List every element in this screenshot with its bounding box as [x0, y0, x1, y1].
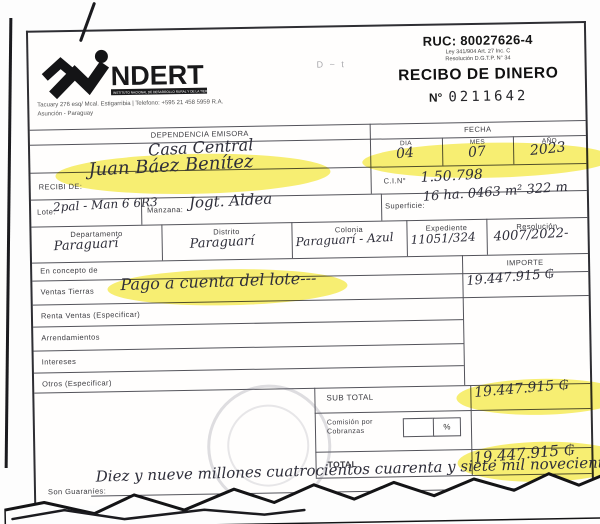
receipt-number-label: N°	[429, 90, 443, 104]
lote-value: 2pal - Man 6 6R3	[53, 195, 158, 214]
receipt-number: N°0211642	[361, 87, 596, 107]
resolucion-value: 4007/2022-	[493, 226, 569, 245]
indert-logo: NDERT INSTITUTO NACIONAL DE DESARROLLO R…	[38, 47, 229, 100]
divider	[34, 343, 464, 352]
ci-value: 1.50.798	[420, 167, 483, 186]
recibi-de-label: RECIBI DE:	[39, 182, 83, 192]
comision-label-2: Cobranzas	[327, 428, 365, 436]
city-line: Asunción - Paraguay	[37, 111, 93, 118]
divider	[34, 365, 464, 374]
subtotal-label: SUB TOTAL	[326, 393, 373, 403]
mes-value: 07	[467, 144, 486, 161]
distrito-value: Paraguarí	[189, 234, 254, 252]
comision-label-1: Comisión por	[327, 419, 373, 427]
pencil-note: D ~ t	[317, 59, 346, 70]
fecha-label: FECHA	[370, 123, 586, 136]
importe-label: IMPORTE	[462, 257, 588, 268]
dia-value: 04	[395, 145, 414, 162]
scanned-receipt-paper: NDERT INSTITUTO NACIONAL DE DESARROLLO R…	[0, 0, 600, 524]
superficie-label: Superficie:	[385, 201, 425, 211]
departamento-value: Paraguarí	[53, 236, 118, 254]
divider	[381, 194, 382, 221]
address-line: Tacuary 276 esq/ Mcal. Estigarribia | Te…	[37, 99, 223, 108]
manzana-value: Jogt. Aldea	[189, 190, 273, 212]
logo-tagline: INSTITUTO NACIONAL DE DESARROLLO RURAL Y…	[113, 89, 213, 95]
receipt-number-digits: 0211642	[448, 88, 528, 105]
comision-input-box	[403, 418, 435, 438]
divider	[33, 319, 463, 328]
concepto-row-label: Otros (Especificar)	[42, 378, 112, 388]
document-title: RECIBO DE DINERO	[361, 64, 596, 86]
concepto-row-importe: 19.447.915 ₲	[466, 265, 555, 289]
torn-edge	[3, 445, 600, 524]
receipt-form: NDERT INSTITUTO NACIONAL DE DESARROLLO R…	[26, 21, 594, 507]
concepto-row-label: Intereses	[42, 357, 77, 367]
concepto-row-label: Ventas Tierras	[40, 287, 94, 297]
en-concepto-label: En concepto de	[40, 266, 98, 276]
ci-label: C.I.N°	[384, 176, 407, 185]
concepto-row-label: Renta Ventas (Especificar)	[41, 310, 140, 321]
percent-box: %	[433, 417, 461, 436]
concepto-row-label: Arrendamientos	[41, 333, 100, 343]
logo-wordmark: NDERT	[111, 60, 205, 92]
logo-dot-icon	[95, 50, 108, 63]
expediente-value: 11051/324	[410, 230, 476, 247]
